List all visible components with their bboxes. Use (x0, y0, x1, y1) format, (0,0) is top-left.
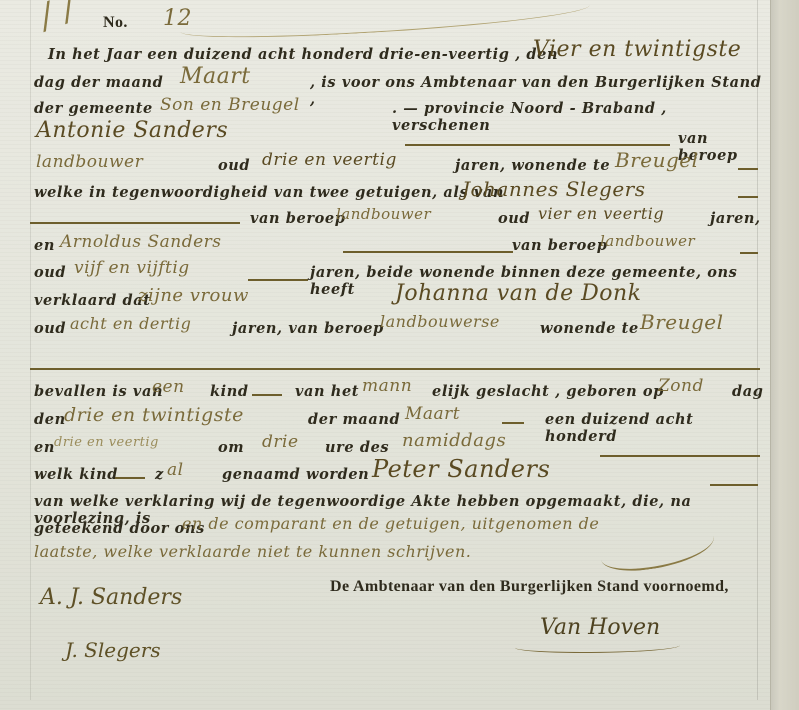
child-count: een (152, 377, 185, 397)
line6-printed: welke in tegenwoordigheid van twee getui… (34, 184, 504, 201)
line5-printed-a: oud (218, 157, 250, 174)
line3-printed-b: . — provincie Noord - Braband , verschen… (392, 100, 770, 134)
mother-occupation: landbouwerse (380, 312, 500, 331)
line7-printed-b: oud (498, 210, 530, 227)
father-residence: Breugel (615, 148, 699, 172)
signing-note-1: en de comparant en de getuigen, uitgenom… (182, 514, 599, 533)
line7-printed-c: jaren, (710, 210, 761, 227)
left-margin-rule (30, 0, 31, 700)
mother-name: Johanna van de Donk (395, 281, 641, 306)
birth-year: drie en veertig (54, 435, 159, 450)
line10-printed: verklaard dat (34, 292, 151, 309)
fill-rule (502, 422, 524, 424)
fill-rule (740, 252, 758, 254)
fill-rule (343, 251, 513, 253)
fill-rule (738, 196, 758, 198)
separator-rule (30, 368, 760, 370)
verb-suffix: al (167, 460, 184, 480)
father-age: drie en veertig (262, 150, 397, 170)
fill-rule (248, 279, 308, 281)
witness1-occupation: landbouwer (336, 205, 431, 223)
line8-printed-a: en (34, 237, 55, 254)
line8-printed-b: van beroep (512, 237, 607, 254)
relation: zijne vrouw (138, 285, 249, 306)
fill-rule (115, 477, 145, 479)
line15-printed-b: z (155, 466, 164, 483)
document-page: / / No. 12 In het Jaar een duizend acht … (0, 0, 770, 710)
closing-text: De Ambtenaar van den Burgerlijken Stand … (330, 578, 729, 596)
line3-municipality: Son en Breugel (160, 95, 300, 115)
number-label: No. (103, 14, 128, 32)
mother-residence: Breugel (640, 310, 724, 334)
line14-printed-a: en (34, 439, 55, 456)
line13-printed-c: een duizend acht honderd (545, 411, 770, 445)
child-sex: mann (362, 376, 412, 396)
witness1-age: vier en veertig (538, 204, 664, 223)
line2-printed-a: dag der maand (34, 74, 163, 91)
registrar-signature: Van Hoven (540, 615, 660, 640)
line12-printed-a: bevallen is van (34, 383, 163, 400)
witness2-name: Arnoldus Sanders (60, 232, 222, 252)
line11-printed-b: jaren, van beroep (232, 320, 384, 337)
witness1-signature: A. J. Sanders (40, 585, 182, 610)
line11-printed-c: wonende te (540, 320, 639, 337)
witness2-signature: J. Slegers (65, 638, 161, 662)
signing-note-2: laatste, welke verklaarde niet te kunnen… (34, 542, 471, 561)
father-name: Antonie Sanders (36, 118, 228, 143)
line14-printed-b: om (218, 439, 244, 456)
birth-hour: drie (262, 432, 299, 452)
closing-flourish (598, 520, 717, 576)
line9-printed-a: oud (34, 264, 66, 281)
father-occupation: landbouwer (36, 152, 143, 172)
line13-printed-b: der maand (308, 411, 400, 428)
line13-printed-a: den (34, 411, 66, 428)
fill-rule (710, 484, 758, 486)
witness2-occupation: landbouwer (600, 232, 695, 250)
fill-rule (252, 394, 282, 396)
line1-day: Vier en twintigste (533, 37, 741, 62)
time-of-day: namiddags (402, 430, 506, 451)
fill-rule (600, 455, 760, 457)
mother-age: acht en dertig (70, 314, 191, 333)
line14-printed-c: ure des (325, 439, 389, 456)
line12-printed-e: dag (732, 383, 763, 400)
line2-month: Maart (180, 64, 251, 89)
line17-printed: geteekend door ons (34, 520, 205, 537)
birth-month: Maart (405, 404, 460, 424)
fill-rule (738, 168, 758, 170)
line11-printed-a: oud (34, 320, 66, 337)
birth-weekday: Zond (658, 376, 704, 396)
adjacent-page-edge (770, 0, 799, 710)
line15-printed-c: genaamd worden (222, 466, 369, 483)
child-name: Peter Sanders (372, 455, 550, 483)
fill-rule (405, 144, 670, 146)
witness2-age: vijf en vijftig (74, 258, 190, 278)
line12-printed-c: van het (295, 383, 359, 400)
number-flourish (180, 0, 591, 43)
line7-printed-a: van beroep (250, 210, 345, 227)
line12-printed-d: elijk geslacht , geboren op (432, 383, 664, 400)
witness1-name: Johannes Slegers (462, 177, 645, 201)
line3-printed-a: der gemeente (34, 100, 153, 117)
line5-printed-b: jaren, wonende te (455, 157, 610, 174)
line15-printed-a: welk kind (34, 466, 118, 483)
registrar-signature-flourish (515, 640, 680, 653)
line1-printed: In het Jaar een duizend acht honderd dri… (48, 46, 558, 63)
birth-day: drie en twintigste (64, 404, 244, 426)
top-flourish: / / (34, 0, 81, 37)
fill-rule (30, 222, 240, 224)
line12-printed-b: kind (210, 383, 249, 400)
